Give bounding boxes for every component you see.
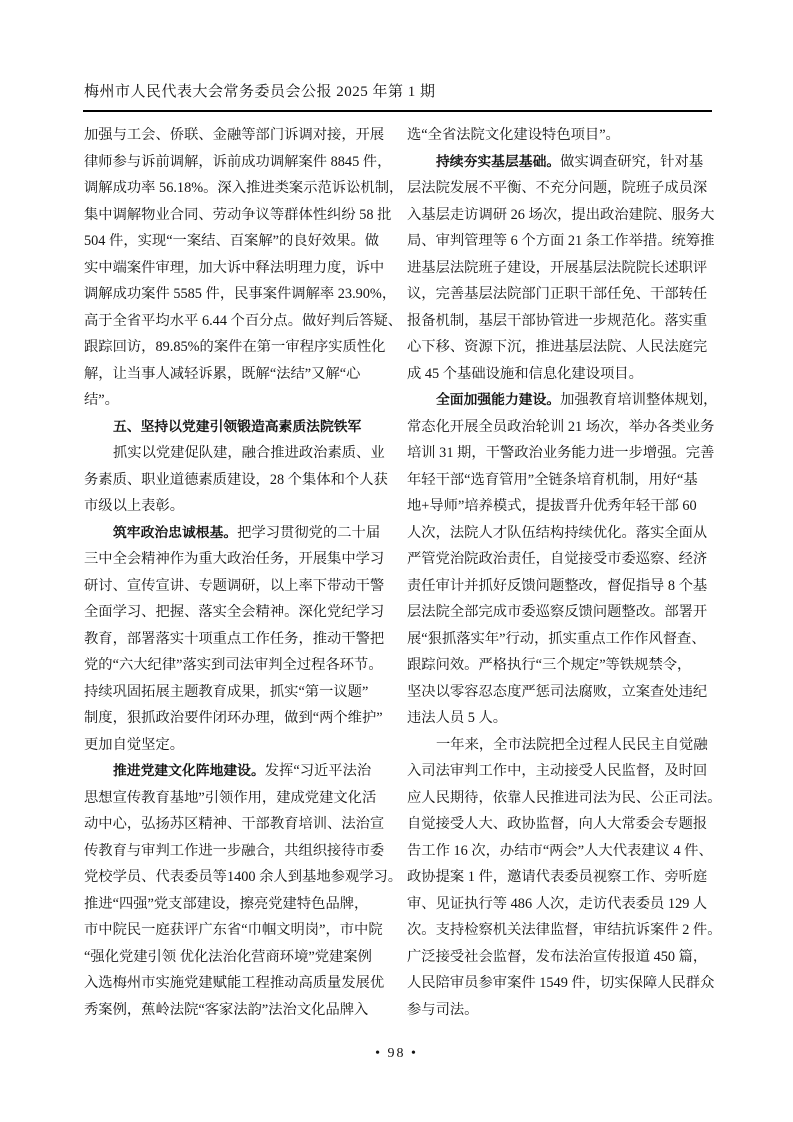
header-rule xyxy=(83,110,712,112)
body-text: 务素质、职业道德素质建设，28 个集体和个人获 xyxy=(84,472,388,488)
body-text: 调解成功率 56.18%。深入推进类案示范诉讼机制， xyxy=(84,180,403,196)
text-line: 坚决以零容忍态度严惩司法腐败，立案查处违纪 xyxy=(407,679,713,706)
text-line: 传教育与审判工作进一步融合，共组织接待市委 xyxy=(84,838,390,865)
body-text: 入司法审判工作中，主动接受人民监督，及时回 xyxy=(407,763,707,779)
body-text: 市级以上表彰。 xyxy=(84,498,184,514)
body-text: 责任审计并抓好反馈问题整改，督促指导 8 个基 xyxy=(407,578,707,594)
body-text: 市中院民一庭获评广东省“巾帼文明岗”，市中院 xyxy=(84,922,383,938)
body-text: 三中全会精神作为重大政治任务，开展集中学习 xyxy=(84,551,384,567)
text-line: 一年来，全市法院把全过程人民民主自觉融 xyxy=(407,732,713,759)
body-text: 发挥“习近平法治 xyxy=(265,763,371,779)
bold-lead-text: 持续夯实基层基础。 xyxy=(436,154,560,169)
body-text: 更加自觉坚定。 xyxy=(84,737,184,753)
bold-lead-text: 全面加强能力建设。 xyxy=(436,392,560,407)
text-line: 推进“四强”党支部建设，擦亮党建特色品牌， xyxy=(84,891,390,918)
text-line: 审、见证执行等 486 人次，走访代表委员 129 人 xyxy=(407,891,713,918)
body-text: 研讨、宣传宣讲、专题调研，以上率下带动干警 xyxy=(84,578,384,594)
text-line: 党校学员、代表委员等1400 余人到基地参观学习。 xyxy=(84,864,390,891)
text-line: 人民陪审员参审案件 1549 件，切实保障人民群众 xyxy=(407,970,713,997)
text-line: 选“全省法院文化建设特色项目”。 xyxy=(407,122,713,149)
text-line: 加强与工会、侨联、金融等部门诉调对接，开展 xyxy=(84,122,390,149)
body-text: 教育，部署落实十项重点工作任务，推动干警把 xyxy=(84,631,384,647)
text-line: 高于全省平均水平 6.44 个百分点。做好判后答疑、 xyxy=(84,308,390,335)
text-line: 解，让当事人减轻诉累，既解“法结”又解“心 xyxy=(84,361,390,388)
text-line: 年轻干部“选育管用”全链条培育机制，用好“基 xyxy=(407,467,713,494)
body-text: 局、审判管理等 6 个方面 21 条工作举措。统筹推 xyxy=(407,233,714,249)
body-text: 高于全省平均水平 6.44 个百分点。做好判后答疑、 xyxy=(84,313,402,329)
body-text: 议，完善基层法院部门正职干部任免、干部转任 xyxy=(407,286,707,302)
text-line: 结”。 xyxy=(84,387,390,414)
body-text: 入选梅州市实施党建赋能工程推动高质量发展优 xyxy=(84,975,384,991)
text-line: 持续巩固拓展主题教育成果，抓实“第一议题” xyxy=(84,679,390,706)
text-line: 市级以上表彰。 xyxy=(84,493,390,520)
body-text: 人次，法院人才队伍结构持续优化。落实全面从 xyxy=(407,525,707,541)
body-text: 加强教育培训整体规划， xyxy=(560,392,717,408)
text-line: 违法人员 5 人。 xyxy=(407,705,713,732)
body-text: 应人民期待，依靠人民推进司法为民、公正司法。 xyxy=(407,790,722,806)
body-text: 一年来，全市法院把全过程人民民主自觉融 xyxy=(436,737,708,753)
text-line: 全面加强能力建设。加强教育培训整体规划， xyxy=(407,387,713,414)
text-line: 成 45 个基础设施和信息化建设项目。 xyxy=(407,361,713,388)
text-line: 调解成功率 56.18%。深入推进类案示范诉讼机制， xyxy=(84,175,390,202)
text-line: 市中院民一庭获评广东省“巾帼文明岗”，市中院 xyxy=(84,917,390,944)
text-line: 进基层法院班子建设，开展基层法院院长述职评 xyxy=(407,255,713,282)
body-text: 自觉接受人大、政协监督，向人大常委会专题报 xyxy=(407,816,707,832)
page-content: 加强与工会、侨联、金融等部门诉调对接，开展律师参与诉前调解，诉前成功调解案件 8… xyxy=(84,122,713,1023)
body-text: 做实调查研究，针对基 xyxy=(560,154,703,170)
text-line: 培训 31 期，干警政治业务能力进一步增强。完善 xyxy=(407,440,713,467)
body-text: 审、见证执行等 486 人次，走访代表委员 129 人 xyxy=(407,896,707,912)
text-line: 展“狠抓落实年”行动，抓实重点工作作风督查、 xyxy=(407,626,713,653)
text-line: 应人民期待，依靠人民推进司法为民、公正司法。 xyxy=(407,785,713,812)
body-text: 党校学员、代表委员等1400 余人到基地参观学习。 xyxy=(84,869,402,885)
text-line: 参与司法。 xyxy=(407,997,713,1024)
text-line: 跟踪问效。严格执行“三个规定”等铁规禁令， xyxy=(407,652,713,679)
body-text: 坚决以零容忍态度严惩司法腐败，立案查处违纪 xyxy=(407,684,707,700)
text-line: 504 件，实现“一案结、百案解”的良好效果。做 xyxy=(84,228,390,255)
text-line: 律师参与诉前调解，诉前成功调解案件 8845 件， xyxy=(84,149,390,176)
body-text: 持续巩固拓展主题教育成果，抓实“第一议题” xyxy=(84,684,368,700)
body-text: 推进“四强”党支部建设，擦亮党建特色品牌， xyxy=(84,896,368,912)
body-text: 入基层走访调研 26 场次，提出政治建院、服务大 xyxy=(407,207,714,223)
body-text: 层法院发展不平衡、不充分问题，院班子成员深 xyxy=(407,180,707,196)
body-text: 跟踪问效。严格执行“三个规定”等铁规禁令， xyxy=(407,657,691,673)
text-line: 心下移、资源下沉，推进基层法院、人民法庭完 xyxy=(407,334,713,361)
left-column: 加强与工会、侨联、金融等部门诉调对接，开展律师参与诉前调解，诉前成功调解案件 8… xyxy=(84,122,390,1023)
body-text: 人民陪审员参审案件 1549 件，切实保障人民群众 xyxy=(407,975,714,991)
body-text: 政协提案 1 件，邀请代表委员视察工作、旁听庭 xyxy=(407,869,707,885)
text-line: 人次，法院人才队伍结构持续优化。落实全面从 xyxy=(407,520,713,547)
body-text: 动中心，弘扬苏区精神、干部教育培训、法治宣 xyxy=(84,816,384,832)
bold-lead-text: 筑牢政治忠诚根基。 xyxy=(113,525,237,540)
text-line: 三中全会精神作为重大政治任务，开展集中学习 xyxy=(84,546,390,573)
body-text: 把学习贯彻党的二十届 xyxy=(237,525,380,541)
body-text: 广泛接受社会监督，发布法治宣传报道 450 篇， xyxy=(407,949,707,965)
text-line: 次。支持检察机关法律监督，审结抗诉案件 2 件。 xyxy=(407,917,713,944)
body-text: 制度，狠抓政治要件闭环办理，做到“两个维护” xyxy=(84,710,383,726)
text-line: “强化党建引领 优化法治化营商环境”党建案例 xyxy=(84,944,390,971)
text-line: 层法院发展不平衡、不充分问题，院班子成员深 xyxy=(407,175,713,202)
text-line: 入基层走访调研 26 场次，提出政治建院、服务大 xyxy=(407,202,713,229)
text-line: 全面学习、把握、落实全会精神。深化党纪学习 xyxy=(84,599,390,626)
text-line: 广泛接受社会监督，发布法治宣传报道 450 篇， xyxy=(407,944,713,971)
text-line: 层法院全部完成市委巡察反馈问题整改。部署开 xyxy=(407,599,713,626)
text-line: 跟踪回访，89.85%的案件在第一审程序实质性化 xyxy=(84,334,390,361)
body-text: 504 件，实现“一案结、百案解”的良好效果。做 xyxy=(84,233,379,249)
bold-lead-text: 五、坚持以党建引领锻造高素质法院铁军 xyxy=(113,419,361,434)
body-text: 进基层法院班子建设，开展基层法院院长述职评 xyxy=(407,260,707,276)
body-text: 律师参与诉前调解，诉前成功调解案件 8845 件， xyxy=(84,154,391,170)
body-text: 实中端案件审理，加大诉中释法明理力度，诉中 xyxy=(84,260,384,276)
body-text: 结”。 xyxy=(84,392,119,408)
header-title: 梅州市人民代表大会常务委员会公报 2025 年第 1 期 xyxy=(84,80,436,101)
body-text: 抓实以党建促队建，融合推进政治素质、业 xyxy=(113,445,385,461)
page-footer: • 98 • xyxy=(0,1046,793,1062)
body-text: 培训 31 期，干警政治业务能力进一步增强。完善 xyxy=(407,445,714,461)
body-text: 展“狠抓落实年”行动，抓实重点工作作风督查、 xyxy=(407,631,706,647)
body-text: 告工作 16 次，办结市“两会”人大代表建议 4 件、 xyxy=(407,843,713,859)
text-line: 报备机制，基层干部协管进一步规范化。落实重 xyxy=(407,308,713,335)
body-text: 成 45 个基础设施和信息化建设项目。 xyxy=(407,366,643,382)
body-text: 秀案例，蕉岭法院“客家法韵”法治文化品牌入 xyxy=(84,1002,368,1018)
body-text: “强化党建引领 优化法治化营商环境”党建案例 xyxy=(84,949,372,965)
body-text: 参与司法。 xyxy=(407,1002,478,1018)
body-text: 次。支持检察机关法律监督，审结抗诉案件 2 件。 xyxy=(407,922,722,938)
text-line: 议，完善基层法院部门正职干部任免、干部转任 xyxy=(407,281,713,308)
text-line: 动中心，弘扬苏区精神、干部教育培训、法治宣 xyxy=(84,811,390,838)
body-text: 严管党治院政治责任，自觉接受市委巡察、经济 xyxy=(407,551,707,567)
text-line: 入司法审判工作中，主动接受人民监督，及时回 xyxy=(407,758,713,785)
body-text: 地+导师”培养模式，提拔晋升优秀年轻干部 60 xyxy=(407,498,697,514)
text-line: 更加自觉坚定。 xyxy=(84,732,390,759)
body-text: 思想宣传教育基地”引领作用，建成党建文化活 xyxy=(84,790,376,806)
body-text: 选“全省法院文化建设特色项目”。 xyxy=(407,127,620,143)
body-text: 党的“六大纪律”落实到司法审判全过程各环节。 xyxy=(84,657,383,673)
body-text: 常态化开展全员政治轮训 21 场次，举办各类业务 xyxy=(407,419,714,435)
text-line: 局、审判管理等 6 个方面 21 条工作举措。统筹推 xyxy=(407,228,713,255)
text-line: 常态化开展全员政治轮训 21 场次，举办各类业务 xyxy=(407,414,713,441)
text-line: 调解成功案件 5585 件，民事案件调解率 23.90%， xyxy=(84,281,390,308)
body-text: 调解成功案件 5585 件，民事案件调解率 23.90%， xyxy=(84,286,396,302)
text-line: 制度，狠抓政治要件闭环办理，做到“两个维护” xyxy=(84,705,390,732)
text-line: 实中端案件审理，加大诉中释法明理力度，诉中 xyxy=(84,255,390,282)
text-line: 入选梅州市实施党建赋能工程推动高质量发展优 xyxy=(84,970,390,997)
text-line: 地+导师”培养模式，提拔晋升优秀年轻干部 60 xyxy=(407,493,713,520)
body-text: 层法院全部完成市委巡察反馈问题整改。部署开 xyxy=(407,604,707,620)
text-line: 筑牢政治忠诚根基。把学习贯彻党的二十届 xyxy=(84,520,390,547)
body-text: 跟踪回访，89.85%的案件在第一审程序实质性化 xyxy=(84,339,385,355)
body-text: 违法人员 5 人。 xyxy=(407,710,507,726)
text-line: 告工作 16 次，办结市“两会”人大代表建议 4 件、 xyxy=(407,838,713,865)
text-line: 责任审计并抓好反馈问题整改，督促指导 8 个基 xyxy=(407,573,713,600)
section-heading: 五、坚持以党建引领锻造高素质法院铁军 xyxy=(84,414,390,441)
text-line: 抓实以党建促队建，融合推进政治素质、业 xyxy=(84,440,390,467)
body-text: 报备机制，基层干部协管进一步规范化。落实重 xyxy=(407,313,707,329)
text-line: 自觉接受人大、政协监督，向人大常委会专题报 xyxy=(407,811,713,838)
right-column: 选“全省法院文化建设特色项目”。持续夯实基层基础。做实调查研究，针对基层法院发展… xyxy=(407,122,713,1023)
text-line: 研讨、宣传宣讲、专题调研，以上率下带动干警 xyxy=(84,573,390,600)
body-text: 年轻干部“选育管用”全链条培育机制，用好“基 xyxy=(407,472,698,488)
text-line: 党的“六大纪律”落实到司法审判全过程各环节。 xyxy=(84,652,390,679)
text-line: 政协提案 1 件，邀请代表委员视察工作、旁听庭 xyxy=(407,864,713,891)
document-page: 梅州市人民代表大会常务委员会公报 2025 年第 1 期 加强与工会、侨联、金融… xyxy=(0,0,793,1122)
text-line: 秀案例，蕉岭法院“客家法韵”法治文化品牌入 xyxy=(84,997,390,1024)
body-text: 传教育与审判工作进一步融合，共组织接待市委 xyxy=(84,843,384,859)
body-text: 集中调解物业合同、劳动争议等群体性纠纷 58 批 xyxy=(84,207,391,223)
body-text: 心下移、资源下沉，推进基层法院、人民法庭完 xyxy=(407,339,707,355)
body-text: 解，让当事人减轻诉累，既解“法结”又解“心 xyxy=(84,366,360,382)
page-number: • 98 • xyxy=(375,1046,418,1061)
text-line: 教育，部署落实十项重点工作任务，推动干警把 xyxy=(84,626,390,653)
text-line: 务素质、职业道德素质建设，28 个集体和个人获 xyxy=(84,467,390,494)
text-line: 持续夯实基层基础。做实调查研究，针对基 xyxy=(407,149,713,176)
text-line: 思想宣传教育基地”引领作用，建成党建文化活 xyxy=(84,785,390,812)
text-line: 推进党建文化阵地建设。发挥“习近平法治 xyxy=(84,758,390,785)
body-text: 全面学习、把握、落实全会精神。深化党纪学习 xyxy=(84,604,384,620)
text-line: 严管党治院政治责任，自觉接受市委巡察、经济 xyxy=(407,546,713,573)
text-line: 集中调解物业合同、劳动争议等群体性纠纷 58 批 xyxy=(84,202,390,229)
bold-lead-text: 推进党建文化阵地建设。 xyxy=(113,763,265,778)
body-text: 加强与工会、侨联、金融等部门诉调对接，开展 xyxy=(84,127,384,143)
